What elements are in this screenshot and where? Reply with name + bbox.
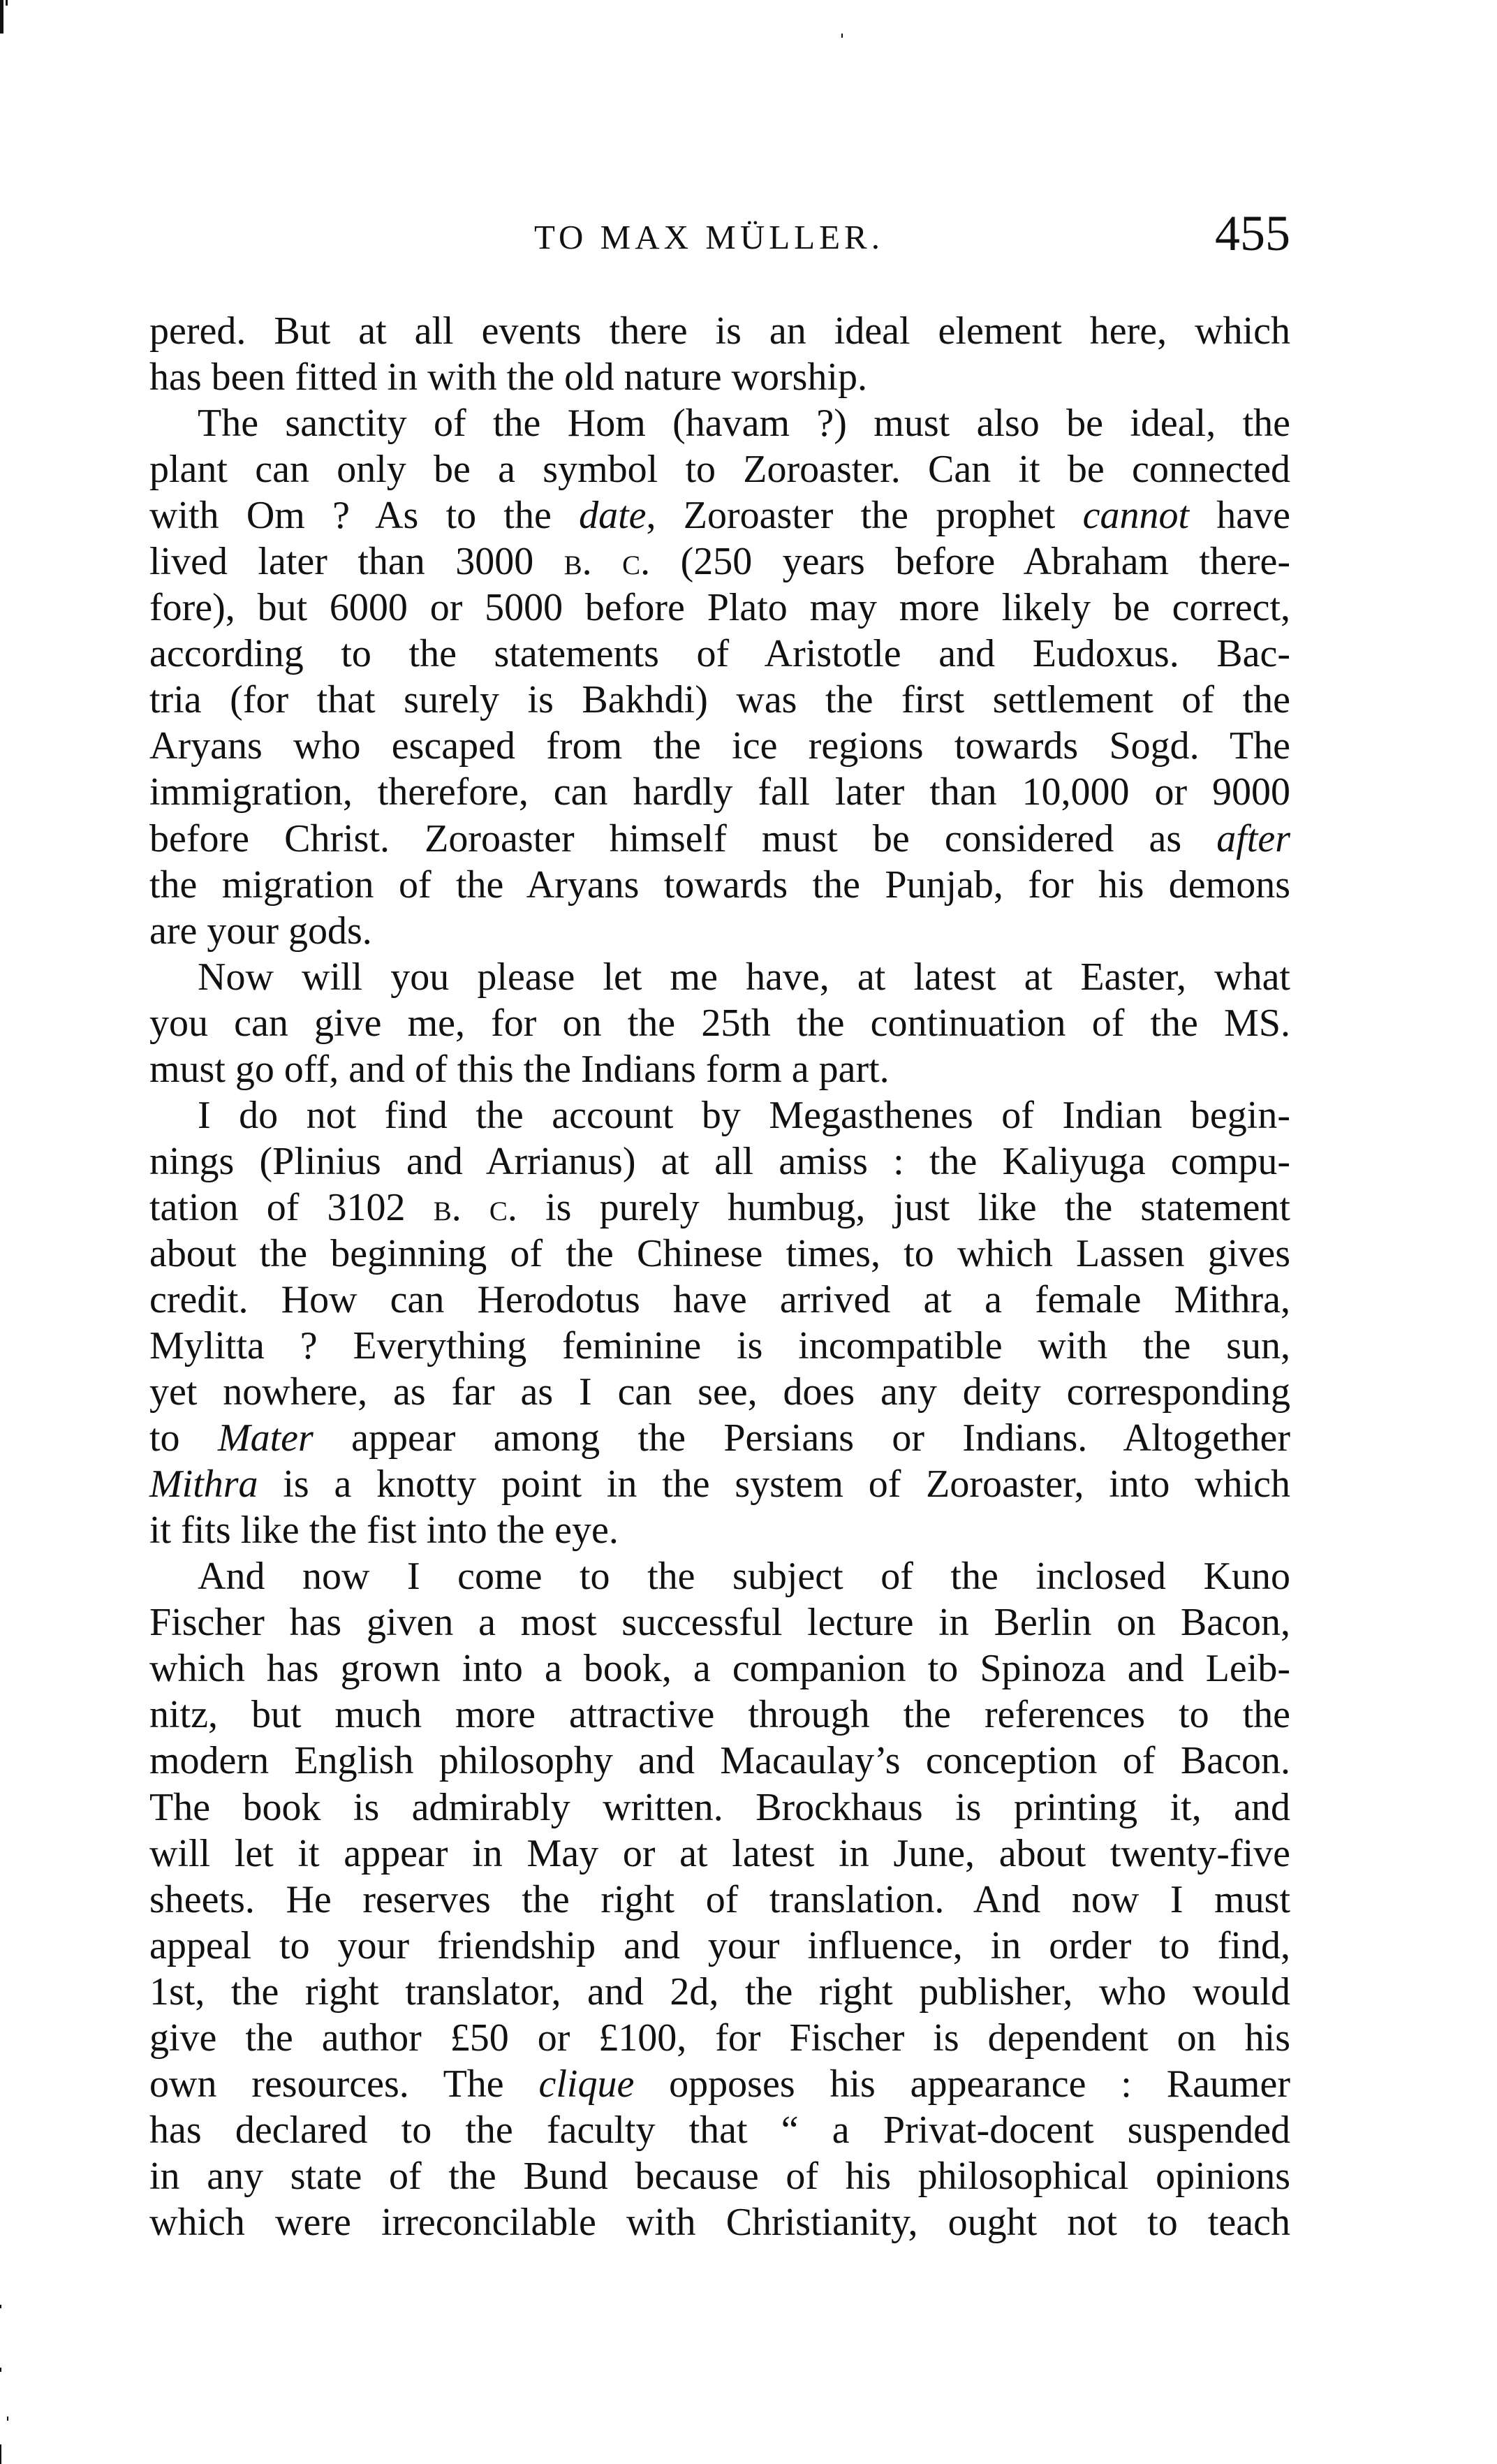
- text-line: yet nowhere, as far as I can see, does a…: [149, 1369, 1290, 1415]
- text-line: 1st, the right translator, and 2d, the r…: [149, 1969, 1290, 2015]
- text-run: which has grown into a book, a companion…: [149, 1647, 1290, 1690]
- text-run: , Zoroaster the prophet: [647, 494, 1083, 537]
- text-run: tria (for that surely is Bakhdi) was the…: [149, 678, 1290, 721]
- text-run: And now I come to the subject of the inc…: [198, 1555, 1290, 1598]
- text-run: is purely humbug, just like the statemen…: [517, 1186, 1290, 1229]
- page-number: 455: [1215, 210, 1290, 257]
- body-text: pered. But at all events there is an ide…: [149, 308, 1290, 2245]
- text-line: Now will you please let me have, at late…: [149, 954, 1290, 1000]
- text-run: you can give me, for on the 25th the con…: [149, 1002, 1290, 1045]
- text-line: it fits like the fist into the eye.: [149, 1507, 1290, 1553]
- text-line: tation of 3102 b. c. is purely humbug, j…: [149, 1185, 1290, 1231]
- text-line: immigration, therefore, can hardly fall …: [149, 769, 1290, 815]
- text-run: own resources. The: [149, 2062, 539, 2106]
- text-line: And now I come to the subject of the inc…: [149, 1553, 1290, 1599]
- text-line: in any state of the Bund because of his …: [149, 2153, 1290, 2199]
- text-line: lived later than 3000 b. c. (250 years b…: [149, 538, 1290, 585]
- text-line: has declared to the faculty that “ a Pri…: [149, 2107, 1290, 2153]
- text-run: the migration of the Aryans towards the …: [149, 863, 1290, 907]
- text-run: immigration, therefore, can hardly fall …: [149, 770, 1290, 814]
- italic-text: Mater: [218, 1416, 314, 1460]
- text-line: The book is admirably written. Brockhaus…: [149, 1784, 1290, 1831]
- text-run: will let it appear in May or at latest i…: [149, 1832, 1290, 1875]
- text-run: (250 years before Abraham there-: [650, 540, 1290, 583]
- text-line: must go off, and of this the Indians for…: [149, 1046, 1290, 1092]
- text-line: before Christ. Zoroaster himself must be…: [149, 816, 1290, 862]
- text-line: Aryans who escaped from the ice regions …: [149, 723, 1290, 769]
- text-line: I do not find the account by Megasthenes…: [149, 1092, 1290, 1138]
- text-run: fore), but 6000 or 5000 before Plato may…: [149, 586, 1290, 629]
- scan-mark: [0, 2368, 1, 2372]
- text-line: pered. But at all events there is an ide…: [149, 308, 1290, 354]
- text-line: with Om ? As to the date, Zoroaster the …: [149, 492, 1290, 538]
- text-run: 1st, the right translator, and 2d, the r…: [149, 1970, 1290, 2014]
- text-run: give the author £50 or £100, for Fischer…: [149, 2016, 1290, 2060]
- text-line: you can give me, for on the 25th the con…: [149, 1000, 1290, 1046]
- text-run: with Om ? As to the: [149, 494, 579, 537]
- italic-text: clique: [539, 2062, 635, 2106]
- text-run: it fits like the fist into the eye.: [149, 1509, 619, 1552]
- text-line: credit. How can Herodotus have arrived a…: [149, 1277, 1290, 1323]
- text-run: The sanctity of the Hom (havam ?) must a…: [198, 402, 1290, 445]
- text-run: before Christ. Zoroaster himself must be…: [149, 817, 1216, 860]
- text-line: nings (Plinius and Arrianus) at all amis…: [149, 1138, 1290, 1185]
- small-caps-text: b. c.: [564, 540, 650, 583]
- text-run: about the beginning of the Chinese times…: [149, 1232, 1290, 1275]
- text-line: to Mater appear among the Persians or In…: [149, 1415, 1290, 1461]
- text-run: I do not find the account by Megasthenes…: [198, 1094, 1290, 1137]
- small-caps-text: b. c.: [434, 1186, 517, 1229]
- running-head: TO MAX MÜLLER. 455: [149, 210, 1290, 258]
- text-line: The sanctity of the Hom (havam ?) must a…: [149, 400, 1290, 446]
- text-line: which were irreconcilable with Christian…: [149, 2199, 1290, 2245]
- text-run: must go off, and of this the Indians for…: [149, 1048, 890, 1091]
- text-line: Mylitta ? Everything feminine is incompa…: [149, 1323, 1290, 1369]
- text-run: tation of 3102: [149, 1186, 434, 1229]
- text-run: has declared to the faculty that “ a Pri…: [149, 2109, 1290, 2152]
- text-run: according to the statements of Aristotle…: [149, 632, 1290, 675]
- text-run: Aryans who escaped from the ice regions …: [149, 724, 1290, 768]
- text-line: tria (for that surely is Bakhdi) was the…: [149, 677, 1290, 723]
- text-run: sheets. He reserves the right of transla…: [149, 1878, 1290, 1921]
- text-run: Mylitta ? Everything feminine is incompa…: [149, 1324, 1290, 1367]
- text-run: credit. How can Herodotus have arrived a…: [149, 1278, 1290, 1321]
- text-line: has been fitted in with the old nature w…: [149, 354, 1290, 400]
- text-run: in any state of the Bund because of his …: [149, 2155, 1290, 2198]
- text-run: The book is admirably written. Brockhaus…: [149, 1786, 1290, 1829]
- scan-mark: [0, 2444, 1, 2464]
- text-run: nitz, but much more attractive through t…: [149, 1693, 1290, 1736]
- text-line: give the author £50 or £100, for Fischer…: [149, 2015, 1290, 2061]
- text-line: nitz, but much more attractive through t…: [149, 1692, 1290, 1738]
- text-line: about the beginning of the Chinese times…: [149, 1231, 1290, 1277]
- text-line: own resources. The clique opposes his ap…: [149, 2061, 1290, 2107]
- text-run: modern English philosophy and Macaulay’s…: [149, 1739, 1290, 1782]
- text-line: Mithra is a knotty point in the system o…: [149, 1461, 1290, 1507]
- text-line: modern English philosophy and Macaulay’s…: [149, 1738, 1290, 1784]
- text-line: will let it appear in May or at latest i…: [149, 1831, 1290, 1877]
- text-line: fore), but 6000 or 5000 before Plato may…: [149, 585, 1290, 631]
- scan-mark: [0, 2305, 1, 2308]
- running-title: TO MAX MÜLLER.: [534, 218, 884, 257]
- scan-mark: [0, 0, 3, 34]
- text-run: yet nowhere, as far as I can see, does a…: [149, 1370, 1290, 1414]
- text-run: have: [1189, 494, 1290, 537]
- text-line: the migration of the Aryans towards the …: [149, 862, 1290, 908]
- scan-mark: [7, 2417, 8, 2421]
- text-run: is a knotty point in the system of Zoroa…: [258, 1462, 1290, 1506]
- italic-text: cannot: [1083, 494, 1189, 537]
- scan-mark: [841, 34, 843, 38]
- italic-text: date: [579, 494, 646, 537]
- text-line: appeal to your friendship and your influ…: [149, 1923, 1290, 1969]
- text-line: according to the statements of Aristotle…: [149, 631, 1290, 677]
- text-run: appear among the Persians or Indians. Al…: [314, 1416, 1290, 1460]
- text-line: sheets. He reserves the right of transla…: [149, 1877, 1290, 1923]
- italic-text: Mithra: [149, 1462, 258, 1506]
- text-run: pered. But at all events there is an ide…: [149, 309, 1290, 353]
- text-line: plant can only be a symbol to Zoroaster.…: [149, 446, 1290, 492]
- italic-text: after: [1216, 817, 1290, 860]
- text-run: Fischer has given a most successful lect…: [149, 1601, 1290, 1644]
- text-run: to: [149, 1416, 218, 1460]
- text-run: which were irreconcilable with Christian…: [149, 2201, 1290, 2244]
- text-run: appeal to your friendship and your influ…: [149, 1924, 1290, 1967]
- text-run: are your gods.: [149, 909, 372, 953]
- text-run: Now will you please let me have, at late…: [198, 955, 1290, 999]
- text-run: opposes his appearance : Raumer: [634, 2062, 1290, 2106]
- text-run: plant can only be a symbol to Zoroaster.…: [149, 448, 1290, 491]
- text-run: nings (Plinius and Arrianus) at all amis…: [149, 1140, 1290, 1183]
- text-line: Fischer has given a most successful lect…: [149, 1599, 1290, 1645]
- text-line: are your gods.: [149, 908, 1290, 954]
- scan-mark: [6, 0, 8, 6]
- text-line: which has grown into a book, a companion…: [149, 1645, 1290, 1692]
- book-page: TO MAX MÜLLER. 455 pered. But at all eve…: [0, 0, 1497, 2464]
- text-run: has been fitted in with the old nature w…: [149, 355, 867, 399]
- text-run: lived later than 3000: [149, 540, 564, 583]
